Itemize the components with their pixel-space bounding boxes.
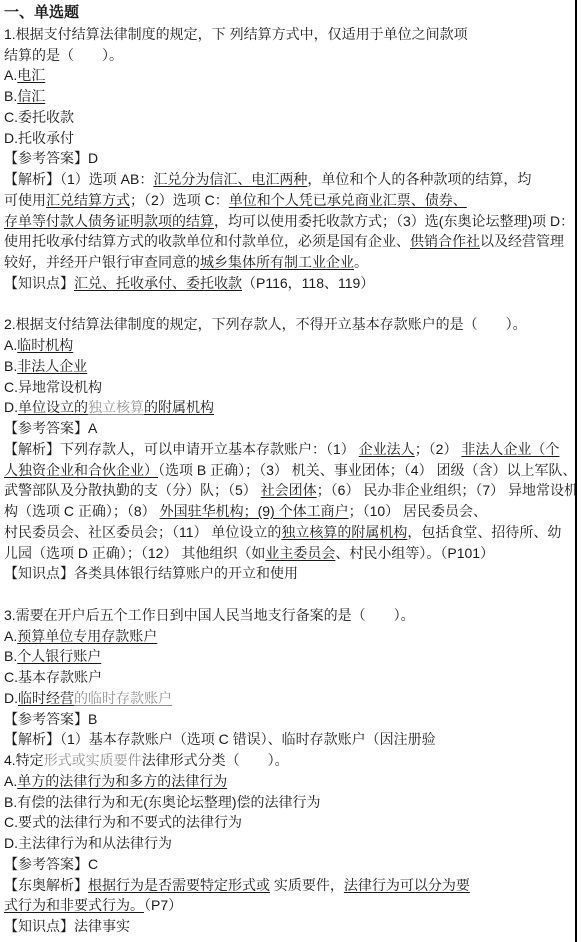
q3-option-d: D.临时经营的临时存款账户	[4, 688, 575, 709]
underlined-term: 社会团体	[261, 482, 317, 498]
text-segment: （P7）	[144, 897, 182, 913]
q2-analysis-line-2: 人独资企业和合伙企业）（选项 B 正确）；（3） 机关、事业团体；（4） 团级（…	[4, 460, 575, 481]
text-segment: 村民委员会、社区委员会；（11） 单位设立的	[4, 524, 281, 540]
text-segment: 法律形式分类（ ）。	[142, 752, 289, 768]
underlined-term: 非法人企业	[17, 358, 87, 374]
underlined-term: 汇兑结算方式	[46, 192, 130, 208]
text-segment: 。	[354, 254, 368, 270]
q3-stem: 3.需要在开户后五个工作日到中国人民当地支行备案的是（ ）。	[4, 605, 575, 626]
text-segment: 、村民小组等）。（P101）	[335, 545, 494, 561]
underlined-term: 独立核算	[88, 399, 144, 415]
text-segment: 一、单选题	[4, 4, 79, 21]
text-segment: C.异地常设机构	[4, 379, 102, 395]
section-title: 一、单选题	[4, 3, 575, 24]
underlined-term: 电汇	[17, 67, 45, 83]
text-segment: ；（10） 居民委员会、	[349, 503, 487, 519]
text-segment: 【参考答案】C	[4, 856, 98, 872]
text-segment: 【参考答案】D	[4, 150, 98, 166]
q2-option-d: D.单位设立的独立核算的附属机构	[4, 397, 575, 418]
text-segment: B.	[4, 648, 17, 664]
q2-analysis-line-3: 武警部队及分散执勤的支（分）队；（5） 社会团体；（6） 民办非企业组织；（7）…	[4, 480, 575, 501]
q3-analysis-line-1: 【解析】（1）基本存款账户（选项 C 错误）、临时存款账户（因注册验	[4, 729, 575, 750]
underlined-term: 业主委员会	[265, 545, 335, 561]
underlined-term: 的附属机构	[144, 399, 214, 415]
underlined-term: 独立核算的附属机构	[281, 524, 407, 540]
text-segment: D.	[4, 399, 18, 415]
text-segment: A.	[4, 67, 17, 83]
q2-analysis-line-6: 儿园（选项 D 正确）；（12） 其他组织（如业主委员会、村民小组等）。（P10…	[4, 543, 575, 564]
text-segment: A.	[4, 337, 17, 353]
text-segment: 【解析】下列存款人，可以申请开立基本存款账户：（1）	[4, 441, 359, 457]
text-segment: B.有偿的法律行为和无(东奥论坛整理)偿的法律行为	[4, 794, 321, 810]
q1-option-a: A.电汇	[4, 65, 575, 86]
q2-analysis-line-5: 村民委员会、社区委员会；（11） 单位设立的独立核算的附属机构，包括食堂、招待所…	[4, 522, 575, 543]
text-segment: 【参考答案】B	[4, 711, 97, 727]
text-segment: 2.根据支付结算法律制度的规定，下列存款人，不得开立基本存款账户的是（ ）。	[4, 316, 527, 332]
q2-option-a: A.临时机构	[4, 335, 575, 356]
text-segment: 【知识点】法律事实	[4, 918, 130, 934]
q3-option-c: C.基本存款账户	[4, 667, 575, 688]
q1-analysis-line-1: 【解析】（1）选项 AB：汇兑分为信汇、电汇两种，单位和个人的各种款项的结算，均	[4, 169, 575, 190]
text-segment: 【解析】（1）基本存款账户（选项 C 错误）、临时存款账户（因注册验	[4, 731, 436, 747]
text-segment: （P116，118、119）	[242, 275, 374, 291]
underlined-term: 单方的法律行为和多方的法律行为	[17, 773, 227, 789]
text-segment: B.	[4, 88, 17, 104]
q2-option-b: B.非法人企业	[4, 356, 575, 377]
text-segment: 【知识点】各类具体银行结算账户的开立和使用	[4, 565, 298, 581]
underlined-term: 供销合作社	[410, 233, 480, 249]
text-segment: 使用托收承付结算方式的收款单位和付款单位，必须是国有企业、	[4, 233, 410, 249]
document-page: 一、单选题1.根据支付结算法律制度的规定，下 列结算方式中，仅适用于单位之间款项…	[0, 0, 577, 942]
underlined-term: 存单等付款人债务证明款项的结算	[4, 213, 214, 229]
underlined-term: 单位设立的	[18, 399, 88, 415]
text-segment: 可使用	[4, 192, 46, 208]
q1-analysis-line-2: 可使用汇兑结算方式；（2）选项 C：单位和个人凭已承兑商业汇票、债券、	[4, 190, 575, 211]
q2-analysis-line-4: 构（选项 C 正确）；（8） 外国驻华机构；(9) 个体工商户；（10） 居民委…	[4, 501, 575, 522]
text-segment: 1.根据支付结算法律制度的规定，下 列结算方式中，仅适用于单位之间款项	[4, 26, 468, 42]
underlined-term: 非法人企业（个	[461, 441, 559, 457]
text-segment: B.	[4, 358, 17, 374]
q4-option-a: A.单方的法律行为和多方的法律行为	[4, 771, 575, 792]
text-segment: 儿园（选项 D 正确）；（12） 其他组织（如	[4, 545, 265, 561]
q4-option-d: D.主法律行为和从法律行为	[4, 833, 575, 854]
text-segment: 【东奥解析】	[4, 877, 88, 893]
spacer-1	[4, 294, 575, 315]
text-segment: D.托收承付	[4, 130, 74, 146]
underlined-term: 式行为和非要式行为。	[4, 897, 144, 913]
underlined-term: 城乡集体所有制工业企业	[200, 254, 354, 270]
underlined-term: 的临时存款账户	[74, 690, 172, 706]
underlined-term: 汇兑分为信汇、电汇两种	[153, 171, 307, 187]
text-segment: 【知识点】	[4, 275, 74, 291]
text-segment: 较好，并经开户银行审查同意的	[4, 254, 200, 270]
q1-option-c: C.委托收款	[4, 107, 575, 128]
q1-option-b: B.信汇	[4, 86, 575, 107]
q3-option-b: B.个人银行账户	[4, 646, 575, 667]
text-segment: A.	[4, 773, 17, 789]
underlined-term: 企业法人	[359, 441, 415, 457]
text-segment: D.	[4, 690, 18, 706]
q2-analysis-line-1: 【解析】下列存款人，可以申请开立基本存款账户：（1） 企业法人；（2） 非法人企…	[4, 439, 575, 460]
text-segment: ；（2）选项 C：	[130, 192, 229, 208]
text-segment: D.主法律行为和从法律行为	[4, 835, 172, 851]
underlined-term: 汇兑、托收承付、委托收款	[74, 275, 242, 291]
underlined-term: 临时机构	[17, 337, 73, 353]
text-segment: ，单位和个人的各种款项的结算，均	[307, 171, 531, 187]
text-segment: 结算的是（ ）。	[4, 47, 123, 63]
underlined-term: 根据行为是否需要特定形式或	[88, 877, 270, 893]
text-segment: 以及经营管理	[480, 233, 564, 249]
q1-answer: 【参考答案】D	[4, 148, 575, 169]
underlined-term: 外国驻华机构；(9) 个体工商户	[160, 503, 349, 519]
text-segment: 形式或实质要件	[44, 752, 142, 768]
underlined-term: 临时经营	[18, 690, 74, 706]
q1-analysis-line-5: 较好，并经开户银行审查同意的城乡集体所有制工业企业。	[4, 252, 575, 273]
q1-stem-line-2: 结算的是（ ）。	[4, 45, 575, 66]
q2-stem: 2.根据支付结算法律制度的规定，下列存款人，不得开立基本存款账户的是（ ）。	[4, 314, 575, 335]
text-segment: 【解析】（1）选项 AB：	[4, 171, 153, 187]
text-segment: ，包括食堂、招待所、幼	[407, 524, 561, 540]
q1-option-d: D.托收承付	[4, 128, 575, 149]
q2-answer: 【参考答案】A	[4, 418, 575, 439]
q2-knowledge: 【知识点】各类具体银行结算账户的开立和使用	[4, 563, 575, 584]
q3-option-a: A.预算单位专用存款账户	[4, 626, 575, 647]
q1-analysis-line-3: 存单等付款人债务证明款项的结算，均可以使用委托收款方式；（3）选(东奥论坛整理)…	[4, 211, 575, 232]
q1-stem-line-1: 1.根据支付结算法律制度的规定，下 列结算方式中，仅适用于单位之间款项	[4, 24, 575, 45]
q4-option-c: C.要式的法律行为和不要式的法律行为	[4, 812, 575, 833]
q2-option-c: C.异地常设机构	[4, 377, 575, 398]
text-segment: 武警部队及分散执勤的支（分）队；（5）	[4, 482, 261, 498]
underlined-term: 人独资企业和合伙企业）	[4, 462, 158, 478]
q1-knowledge: 【知识点】汇兑、托收承付、委托收款（P116，118、119）	[4, 273, 575, 294]
spacer-2	[4, 584, 575, 605]
text-segment: C.基本存款账户	[4, 669, 102, 685]
underlined-term: 法律行为可以分为要	[344, 877, 470, 893]
text-segment: ；（6） 民办非企业组织；（7） 异地常设机	[317, 482, 575, 498]
text-segment: ；（2）	[415, 441, 462, 457]
q1-analysis-line-4: 使用托收承付结算方式的收款单位和付款单位，必须是国有企业、供销合作社以及经营管理	[4, 231, 575, 252]
text-segment: C.要式的法律行为和不要式的法律行为	[4, 814, 242, 830]
q4-knowledge: 【知识点】法律事实	[4, 916, 575, 937]
text-segment: ，均可以使用委托收款方式；（3）选(东奥论坛整理)项 D：	[214, 213, 574, 229]
underlined-term: 预算单位专用存款账户	[17, 628, 157, 644]
text-segment: （选项 B 正确）；（3） 机关、事业团体；（4） 团级（含）以上军队、	[158, 462, 575, 478]
text-segment: 实质要件，	[270, 877, 344, 893]
text-segment: 4.特定	[4, 752, 44, 768]
q3-answer: 【参考答案】B	[4, 709, 575, 730]
q4-analysis-line-1: 【东奥解析】根据行为是否需要特定形式或 实质要件，法律行为可以分为要	[4, 875, 575, 896]
q4-option-b: B.有偿的法律行为和无(东奥论坛整理)偿的法律行为	[4, 792, 575, 813]
underlined-term: 个人银行账户	[17, 648, 101, 664]
text-segment: 3.需要在开户后五个工作日到中国人民当地支行备案的是（ ）。	[4, 607, 415, 623]
q4-analysis-line-2: 式行为和非要式行为。（P7）	[4, 895, 575, 916]
text-segment: 构（选项 C 正确）；（8）	[4, 503, 160, 519]
q4-answer: 【参考答案】C	[4, 854, 575, 875]
underlined-term: 信汇	[17, 88, 45, 104]
text-segment: A.	[4, 628, 17, 644]
text-segment: C.委托收款	[4, 109, 74, 125]
q4-stem: 4.特定形式或实质要件法律形式分类（ ）。	[4, 750, 575, 771]
text-segment: 【参考答案】A	[4, 420, 97, 436]
underlined-term: 单位和个人凭已承兑商业汇票、债券、	[229, 192, 467, 208]
